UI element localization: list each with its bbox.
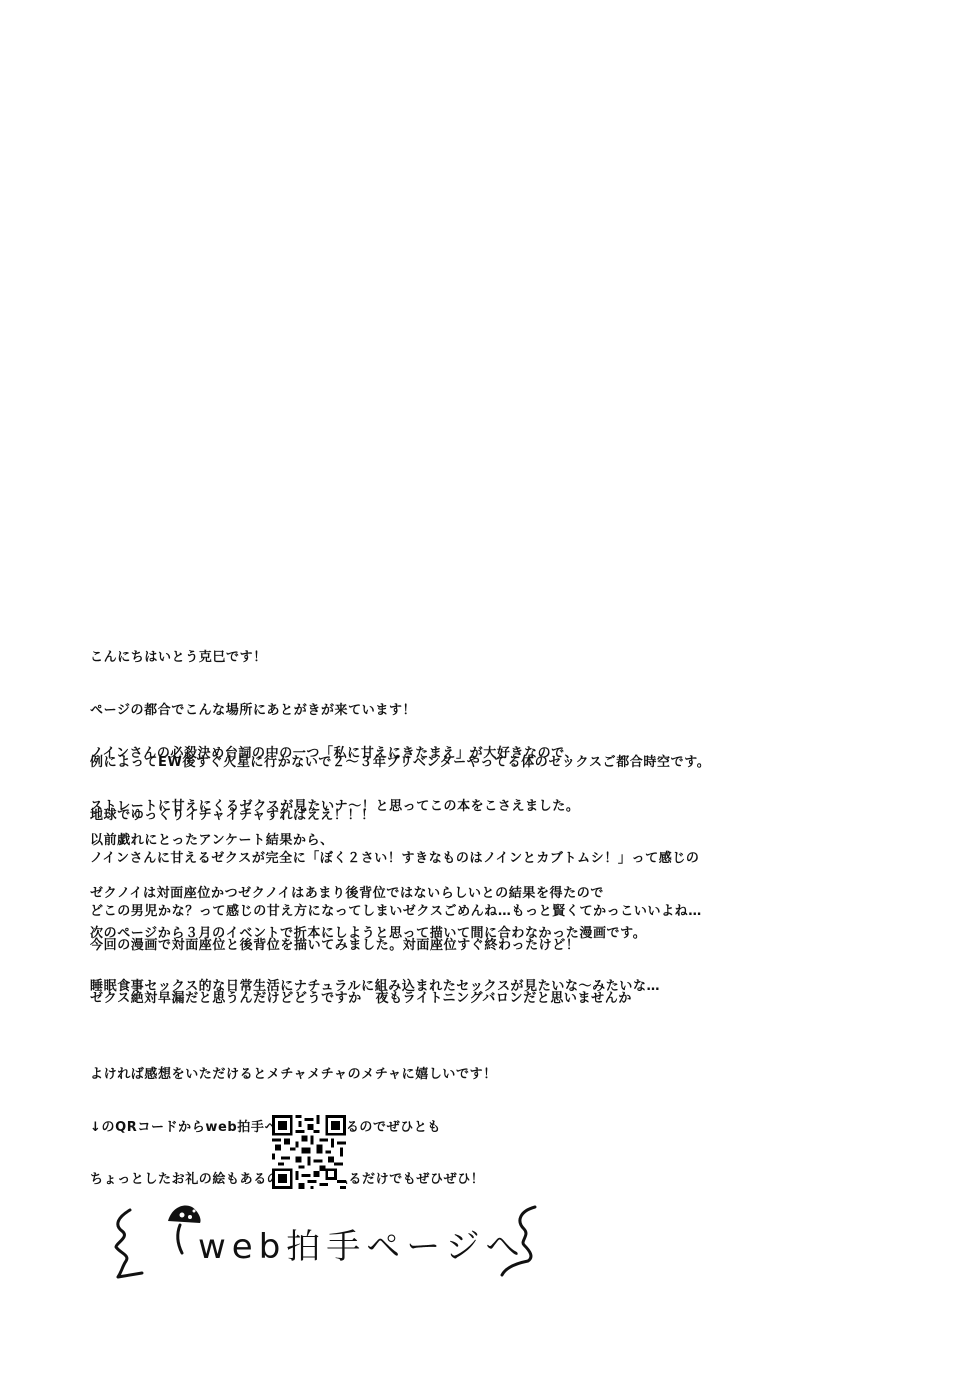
banner-label: web拍手ページへ <box>198 1219 526 1268</box>
text-line: こんにちはいとう克巳です！ <box>90 649 710 667</box>
web-clap-banner[interactable]: web拍手ページへ <box>110 1195 550 1290</box>
text-line: 次のページから３月のイベントで折本にしようと思って描いて間に合わなかった漫画です… <box>90 925 660 943</box>
mushroom-pointer-icon <box>168 1206 201 1223</box>
qr-code-icon[interactable] <box>272 1115 346 1189</box>
afterword-paragraph-next-page: 次のページから３月のイベントで折本にしようと思って描いて間に合わなかった漫画です… <box>90 890 660 1013</box>
text-line: よければ感想をいただけるとメチャメチャのメチャに嬉しいです！ <box>90 1066 497 1084</box>
text-line: ノインさんの必殺決め台詞の中の一つ「私に甘えにきたまえ」が大好きなので、 <box>90 745 702 763</box>
text-line: 以前戯れにとったアンケート結果から、 <box>90 832 632 850</box>
text-line: 睡眠食事セックス的な日常生活にナチュラルに組み込まれたセックスが見たいな～みたい… <box>90 978 660 996</box>
